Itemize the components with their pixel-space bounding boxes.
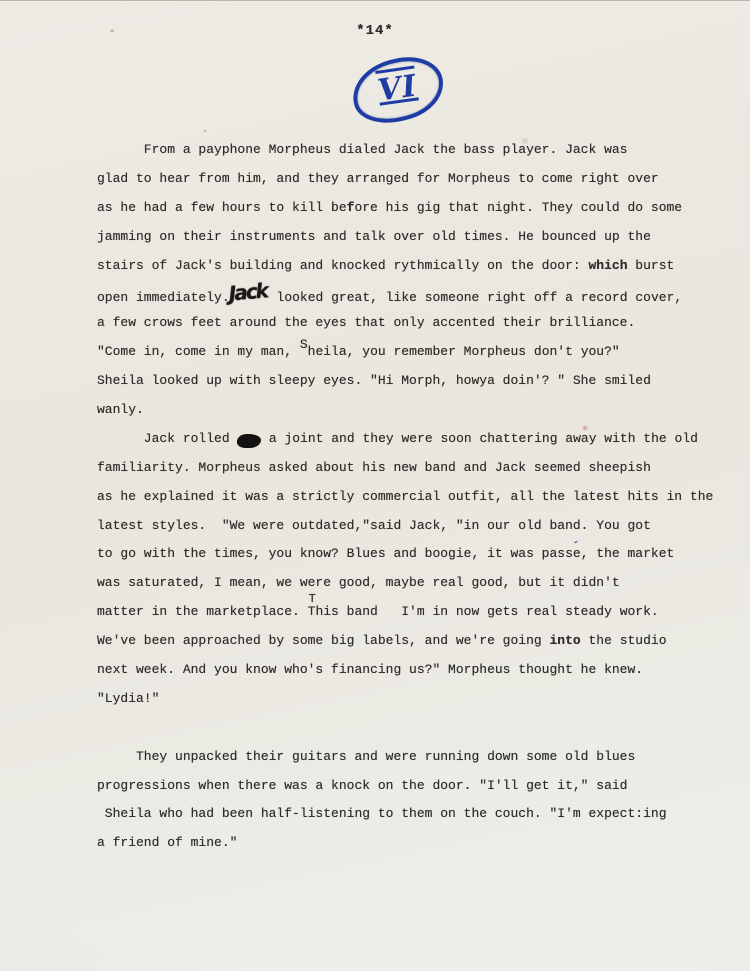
text-body: From a payphone Morpheus dialed Jack the… [97, 136, 727, 858]
text-line: latest styles. "We were outdated,"said J… [97, 512, 727, 541]
text-segment: Sheila who had been half-listening to th… [97, 806, 667, 821]
text-segment: to go with the times, you know? Blues an… [97, 546, 581, 561]
text-segment: "Come in, come in my man, [97, 344, 300, 359]
text-segment: which [588, 258, 627, 273]
text-segment: stairs of Jack's building and knocked ry… [97, 258, 588, 273]
text-segment: next week. And you know who's financing … [97, 662, 643, 677]
text-line: Sheila who had been half-listening to th… [97, 800, 727, 829]
page-number: *14* [0, 23, 750, 39]
raised-capital-s: S [300, 337, 308, 352]
text-line: From a payphone Morpheus dialed Jack the… [97, 136, 727, 165]
text-line: Jack rolled up a joint and they were soo… [97, 425, 727, 454]
text-segment: From a payphone Morpheus dialed Jack the… [97, 142, 628, 157]
text-segment: Jack rolled [97, 431, 237, 446]
text-line: next week. And you know who's financing … [97, 656, 727, 685]
text-segment: into [549, 633, 580, 648]
text-line: progressions when there was a knock on t… [97, 772, 727, 801]
text-line: open immediately.Jack looked great, like… [97, 280, 727, 309]
text-segment: We've been approached by some big labels… [97, 633, 549, 648]
text-segment: , the market [581, 546, 675, 561]
text-line: as he explained it was a strictly commer… [97, 483, 727, 512]
text-line: familiarity. Morpheus asked about his ne… [97, 454, 727, 483]
text-line: wanly. [97, 396, 727, 425]
chapter-circle-annotation: VI [346, 49, 450, 131]
ink-blot-strikeout: up [237, 434, 261, 448]
manuscript-page: *14* VI From a payphone Morpheus dialed … [0, 0, 750, 971]
text-segment: a friend of mine." [97, 835, 237, 850]
text-segment: familiarity. Morpheus asked about his ne… [97, 460, 651, 475]
text-segment: Sheila looked up with sleepy eyes. "Hi M… [97, 373, 651, 388]
text-segment: wanly. [97, 402, 144, 417]
text-line: a friend of mine." [97, 829, 727, 858]
text-segment: jamming on their instruments and talk ov… [97, 229, 651, 244]
text-line: jamming on their instruments and talk ov… [97, 223, 727, 252]
text-line: We've been approached by some big labels… [97, 627, 727, 656]
text-segment: looked great, like someone right off a r… [269, 290, 682, 305]
text-segment: glad to hear from him, and they arranged… [97, 171, 659, 186]
text-segment: progressions when there was a knock on t… [97, 778, 628, 793]
text-line: matter in the marketplace. TThis band I'… [97, 598, 727, 627]
text-segment: latest styles. "We were outdated,"said J… [97, 518, 651, 533]
text-segment: a few crows feet around the eyes that on… [97, 315, 635, 330]
text-segment: They unpacked their guitars and were run… [97, 749, 635, 764]
text-segment: ore his gig that night. They could do so… [354, 200, 682, 215]
text-segment: a joint and they were soon chattering aw… [261, 431, 698, 446]
text-line: stairs of Jack's building and knocked ry… [97, 252, 727, 281]
text-line: as he had a few hours to kill before his… [97, 194, 727, 223]
text-segment: matter in the marketplace. [97, 604, 308, 619]
text-segment: as he explained it was a strictly commer… [97, 489, 713, 504]
text-segment: as he had a few hours to kill be [97, 200, 347, 215]
paragraph: Jack rolled up a joint and they were soo… [97, 425, 727, 714]
chapter-numeral: VI [376, 71, 419, 106]
text-segment: heila, you remember Morpheus don't you?" [308, 344, 620, 359]
text-line: "Come in, come in my man, Sheila, you re… [97, 338, 727, 367]
chapter-heading: VI [348, 59, 448, 121]
paragraph: They unpacked their guitars and were run… [97, 743, 727, 859]
text-segment: "Lydia!" [97, 691, 159, 706]
text-line: They unpacked their guitars and were run… [97, 743, 727, 772]
text-line: to go with the times, you know? Blues an… [97, 540, 727, 569]
text-line: "Lydia!" [97, 685, 727, 714]
text-segment: the studio [581, 633, 667, 648]
text-segment: burst [628, 258, 675, 273]
text-line: glad to hear from him, and they arranged… [97, 165, 727, 194]
text-line: a few crows feet around the eyes that on… [97, 309, 727, 338]
text-line: Sheila looked up with sleepy eyes. "Hi M… [97, 367, 727, 396]
handwritten-jack-correction: Jack [227, 277, 267, 309]
text-segment: This band I'm in now gets real steady wo… [308, 604, 659, 619]
paragraph: From a payphone Morpheus dialed Jack the… [97, 136, 727, 425]
text-segment: was saturated, I mean, we were good, may… [97, 575, 620, 590]
text-segment: open immediately. [97, 290, 230, 305]
text-line: was saturated, I mean, we were good, may… [97, 569, 727, 598]
